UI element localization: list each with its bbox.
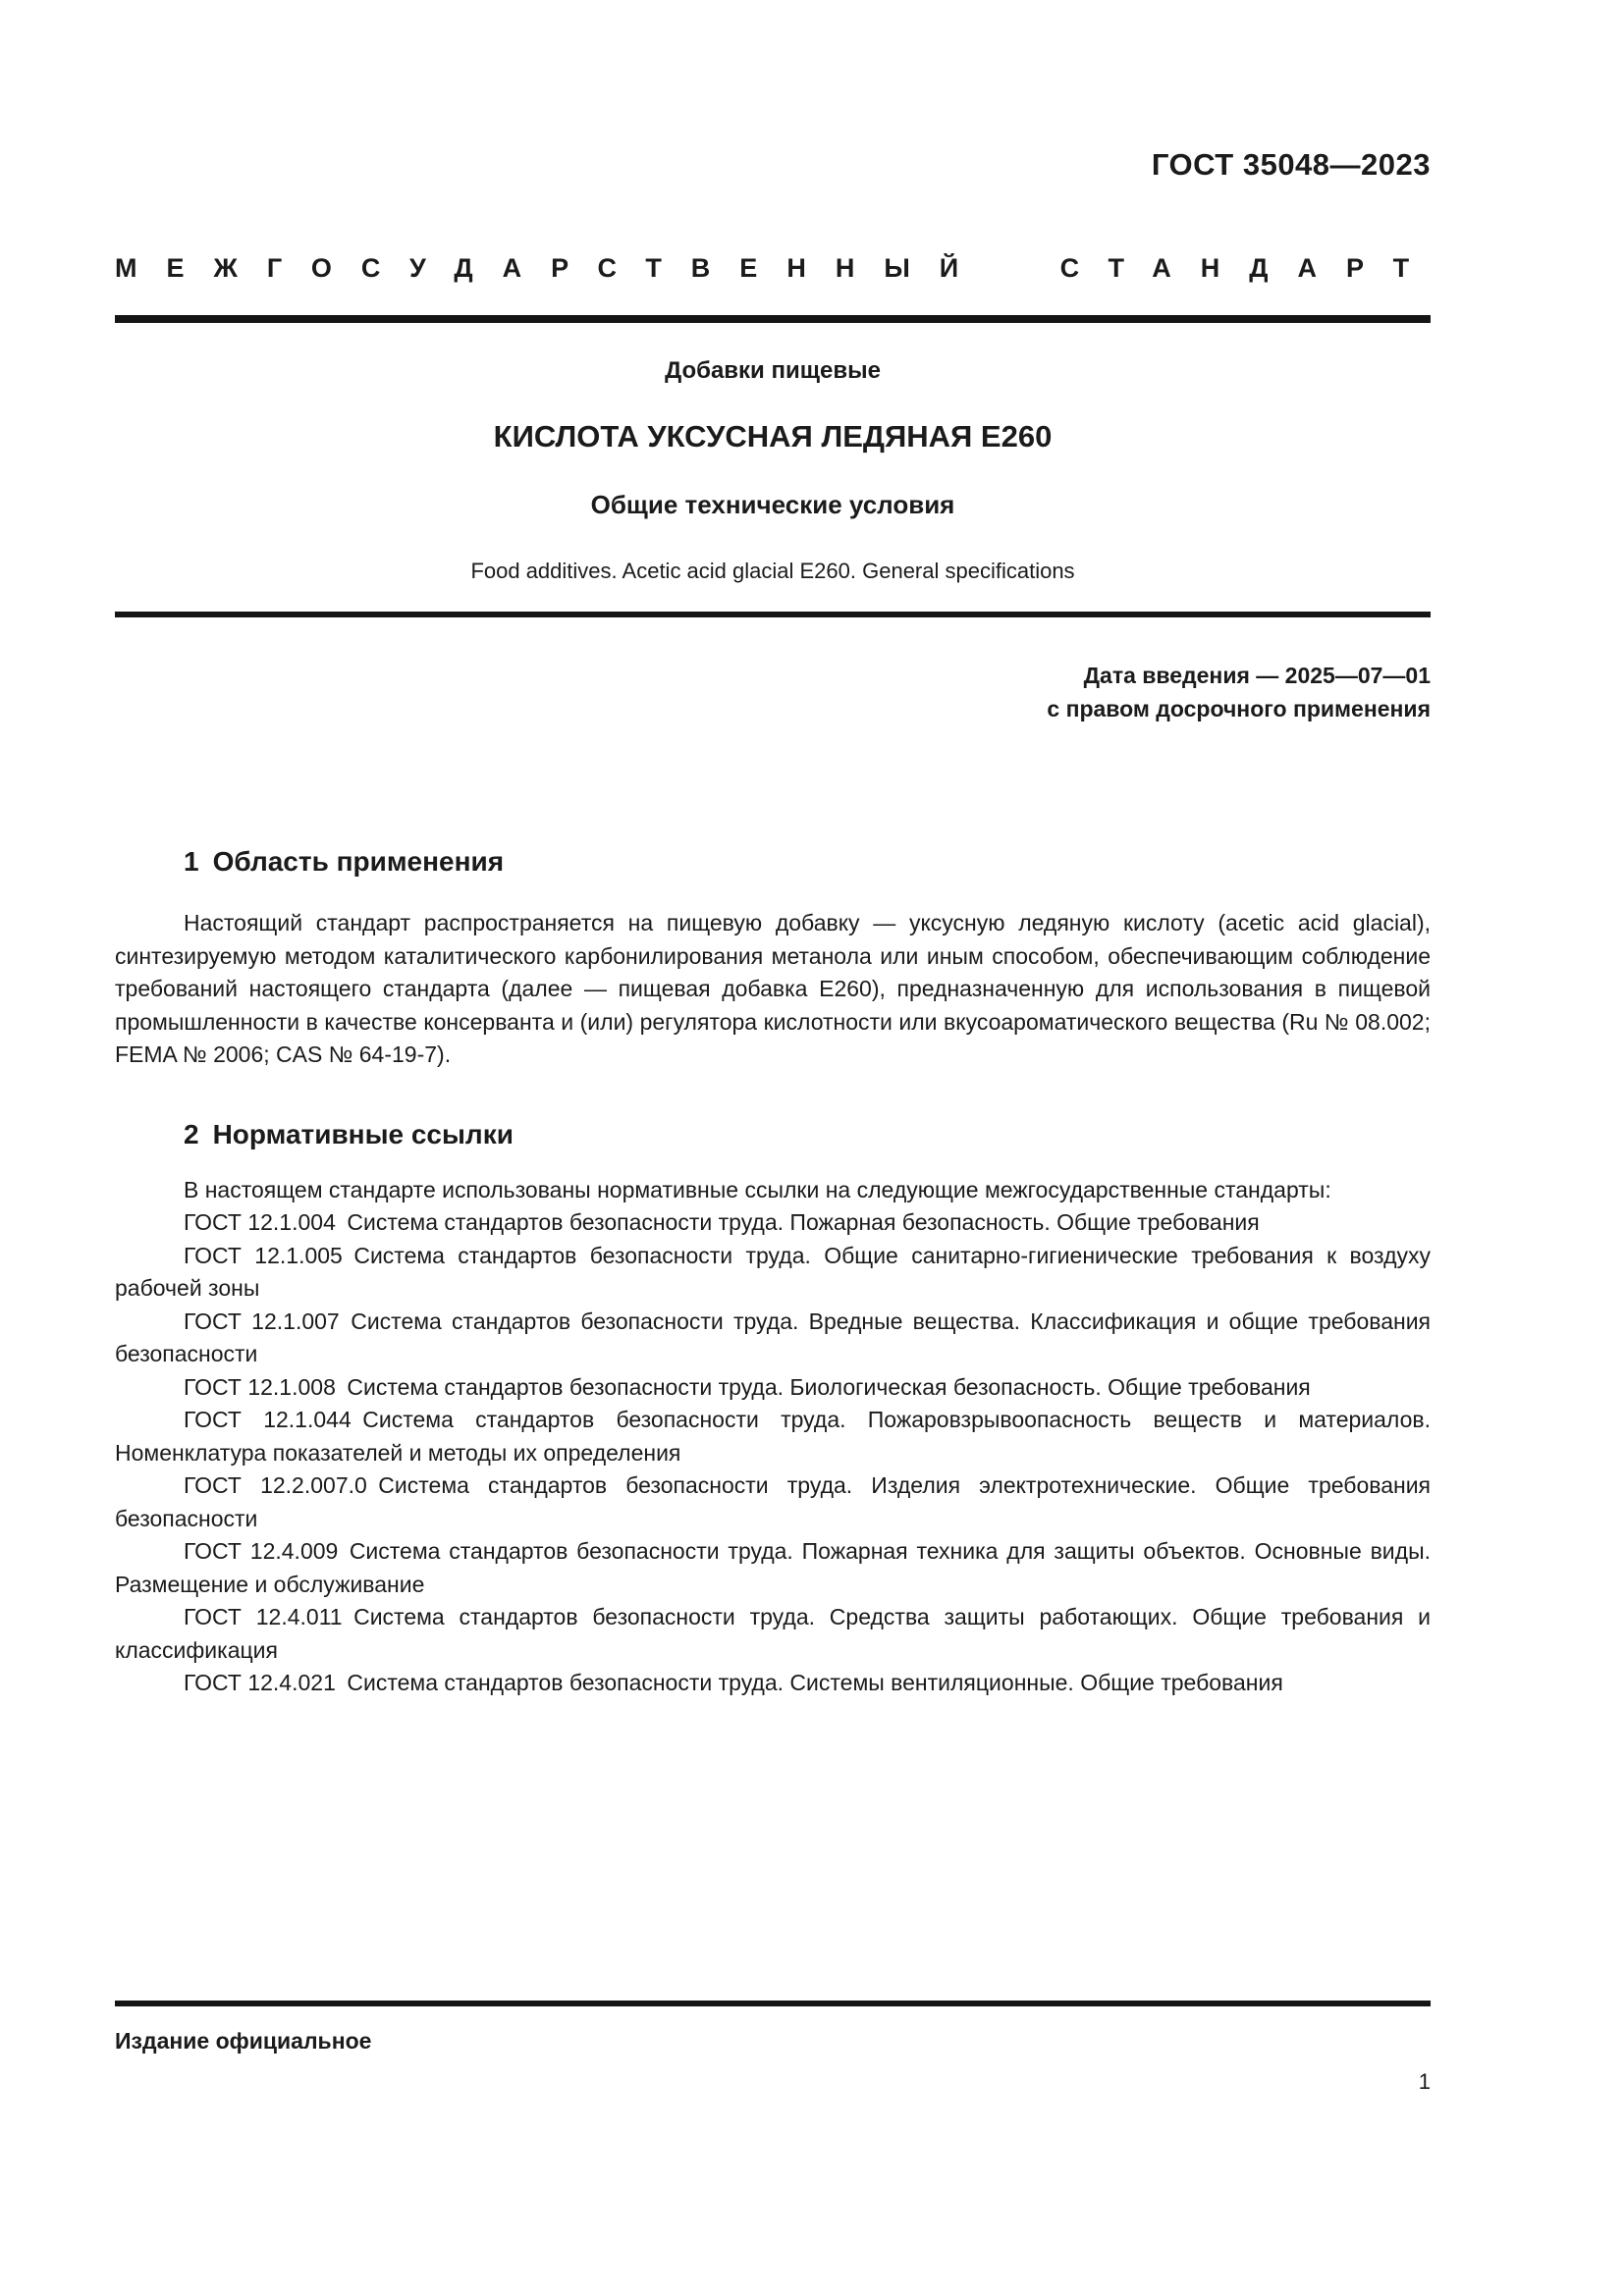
footer-rule: [115, 2001, 1431, 2006]
section-1-paragraph: Настоящий стандарт распространяется на п…: [115, 907, 1431, 1072]
doc-number: ГОСТ 35048—2023: [1152, 147, 1431, 183]
reference-item: ГОСТ 12.4.009 Система стандартов безопас…: [115, 1535, 1431, 1601]
title-english: Food additives. Acetic acid glacial E260…: [115, 559, 1431, 584]
reference-item: ГОСТ 12.1.004 Система стандартов безопас…: [115, 1206, 1431, 1240]
effective-date-line2: с правом досрочного применения: [1047, 692, 1431, 725]
section-2-intro: В настоящем стандарте использованы норма…: [115, 1174, 1431, 1207]
section-1-heading: 1 Область применения: [115, 842, 1431, 881]
reference-item: ГОСТ 12.1.007 Система стандартов безопас…: [115, 1306, 1431, 1371]
document-page: ГОСТ 35048—2023 МЕЖГОСУДАРСТВЕННЫЙ СТАНД…: [0, 0, 1624, 2296]
official-edition-imprint: Издание официальное: [115, 2028, 371, 2055]
effective-date-block: Дата введения — 2025—07—01 с правом доср…: [1047, 659, 1431, 725]
reference-item: ГОСТ 12.2.007.0 Система стандартов безоп…: [115, 1469, 1431, 1535]
reference-item: ГОСТ 12.1.008 Система стандартов безопас…: [115, 1371, 1431, 1405]
effective-date-line1: Дата введения — 2025—07—01: [1047, 659, 1431, 692]
reference-item: ГОСТ 12.1.005 Система стандартов безопас…: [115, 1240, 1431, 1306]
reference-item: ГОСТ 12.4.011 Система стандартов безопас…: [115, 1601, 1431, 1667]
reference-item: ГОСТ 12.4.021 Система стандартов безопас…: [115, 1667, 1431, 1700]
section-2-heading: 2 Нормативные ссылки: [115, 1115, 1431, 1154]
title-subject: Добавки пищевые: [115, 357, 1431, 385]
reference-item: ГОСТ 12.1.044 Система стандартов безопас…: [115, 1404, 1431, 1469]
main-text: 1 Область применения Настоящий стандарт …: [115, 842, 1431, 1700]
title-main: КИСЛОТА УКСУСНАЯ ЛЕДЯНАЯ Е260: [115, 419, 1431, 454]
title-rule: [115, 612, 1431, 617]
standard-type-heading: МЕЖГОСУДАРСТВЕННЫЙ СТАНДАРТ: [115, 253, 1431, 284]
page-number: 1: [1419, 2069, 1431, 2095]
header-rule: [115, 315, 1431, 323]
title-subtitle: Общие технические условия: [115, 490, 1431, 520]
